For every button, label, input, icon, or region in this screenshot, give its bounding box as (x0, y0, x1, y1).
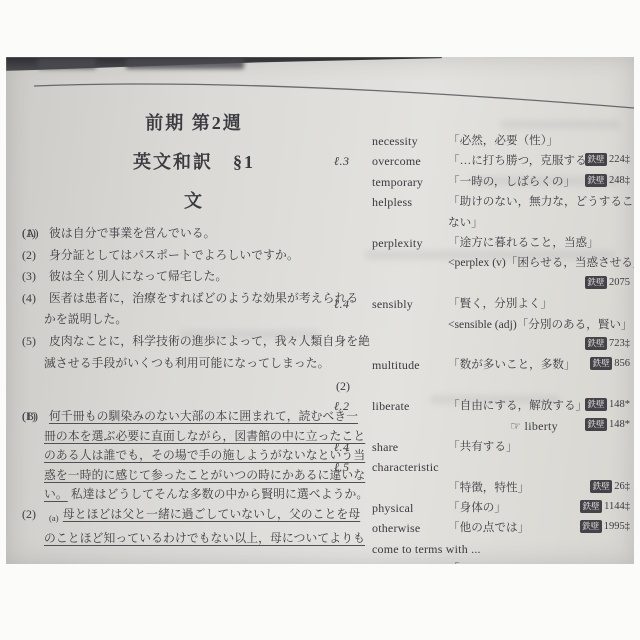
vocab-definition: 「数が多いこと，多数」 (448, 355, 576, 375)
badge-number: 224‡ (609, 154, 630, 165)
sentence-line: (2) 身分証としてはパスポートでよろしいですか。 (22, 245, 348, 267)
sentence-line: (1) 何千冊もの馴染みのない大部の本に囲まれて，読むべき一 (22, 407, 348, 427)
sentence-text: 医者は患者に，治療をすればどのような効果が考えられる (49, 291, 358, 305)
item-number: (4) (22, 288, 36, 310)
vocab-row: helpless 「助けのない，無力な，どうすることもでき (330, 192, 632, 212)
underlined-text: 惑を一時的に感じて参ったことがいつの時にかあるに違いな (44, 468, 365, 482)
vocab-row: (2) (330, 376, 632, 396)
badge-label: 鉄壁 (585, 276, 607, 289)
sentence-line: (2) (a) 母とほどは父と一緒に過ごしていないし，父のことを母 (22, 505, 348, 529)
sentence-text: 皮肉なことに，科学技術の進歩によって，我々人類自身を絶 (49, 334, 370, 348)
badge-label: 鉄壁 (580, 500, 602, 513)
sentence-text: 滅させる手段がいくつも利用可能になってしまった。 (44, 356, 330, 370)
vocab-definition: 「共有する」 (448, 437, 518, 457)
vocab-word: otherwise (372, 518, 420, 538)
sentence-text: 身分証としてはパスポートでよろしいですか。 (49, 248, 299, 262)
vocab-word: multitude (372, 355, 420, 375)
badge-label: 鉄壁 (590, 357, 612, 370)
vocab-word: share (372, 437, 398, 457)
badge-number: 148* (609, 399, 630, 410)
underlined-text: のことほど知っているわけでもない以上，母についてよりも (44, 531, 365, 545)
vocab-row: come to terms with ... (330, 539, 632, 559)
tetsupeki-badge: 鉄壁 248‡ (585, 174, 630, 187)
vocab-row: 鉄壁 2075 (330, 274, 632, 294)
vocab-row: ℓ.4 sensibly 「賢く，分別よく」 (330, 294, 632, 314)
badge-label: 鉄壁 (585, 337, 607, 350)
sentence-text: 彼は自分で事業を営んでいる。 (49, 226, 216, 240)
badge-number: 1144‡ (604, 501, 630, 512)
sentence-line: (1) 彼は自分で事業を営んでいる。 (22, 223, 348, 245)
vocab-row: ℓ.2 liberate 「自由にする，解放する」 鉄壁 148* (330, 396, 632, 416)
vocab-row: ℓ.3 overcome 「…に打ち勝つ，克服する」 鉄壁 224‡ (330, 151, 632, 171)
badge-number: 856 (614, 358, 630, 369)
vocab-definition: 「一時の，しばらくの」 (448, 172, 575, 192)
vocab-row: temporary 「一時の，しばらくの」 鉄壁 248‡ (330, 172, 632, 192)
badge-number: 723‡ (609, 338, 630, 349)
item-number: (1) (22, 407, 36, 427)
badge-number: 1995‡ (604, 521, 630, 532)
badge-label: 鉄壁 (585, 398, 607, 411)
vocab-word: physical (372, 498, 414, 518)
item-number: (3) (22, 266, 36, 288)
sentence-line: (5) 皮肉なことに，科学技術の進歩によって，我々人類自身を絶 (22, 331, 348, 353)
vocab-definition: 「途方に暮れること，当惑」 (448, 233, 599, 253)
line-number-marker: ℓ.5 (334, 457, 350, 477)
badge-label: 鉄壁 (585, 174, 607, 187)
sentence-text: 彼は全く別人になって帰宅した。 (49, 269, 227, 283)
line-number-marker: ℓ.4 (334, 294, 350, 314)
sentence-text: 私達はどうしてそんな多数の中から賢明に選べようか。 (71, 487, 368, 501)
vocab-word: characteristic (372, 457, 439, 477)
sentence-line: かを説明した。 (22, 309, 348, 331)
vocab-row: 「特徴，特性」 鉄壁 26‡ (330, 478, 632, 498)
vocab-definition: 「他の点では」 (448, 518, 529, 538)
vocab-definition: 「特徴，特性」 (448, 478, 529, 498)
page-header-rule (6, 57, 634, 117)
vocab-definition: ない」 (448, 213, 483, 233)
vocab-row: otherwise 「他の点では」 鉄壁 1995‡ (330, 518, 632, 538)
tetsupeki-badge: 鉄壁 723‡ (585, 337, 630, 350)
section-a: (A) (1) 彼は自分で事業を営んでいる。 (2) 身分証としてはパスポートで… (22, 223, 348, 374)
vocab-row: ℓ.5 characteristic (330, 457, 632, 477)
tetsupeki-badge: 鉄壁 148* (585, 398, 630, 411)
title-line-topic: 文 (102, 182, 286, 221)
vocab-word: necessity (372, 131, 418, 151)
tetsupeki-badge: 鉄壁 1144‡ (580, 500, 630, 513)
badge-label: 鉄壁 (590, 480, 612, 493)
badge-number: 248‡ (609, 175, 630, 186)
item-number: (1) (22, 223, 36, 245)
underlined-text: い。 (44, 487, 68, 501)
sentence-line: い。 私達はどうしてそんな多数の中から賢明に選べようか。 (22, 485, 348, 505)
sentence-line: 滅させる手段がいくつも利用可能になってしまった。 (22, 353, 348, 375)
underlined-text: 冊の本を選ぶ必要に直面しながら，図書館の中に立ったこと (44, 429, 365, 443)
tetsupeki-badge: 鉄壁 856 (590, 357, 630, 370)
sentence-line: (3) 彼は全く別人になって帰宅した。 (22, 266, 348, 288)
vocab-definition: 「… (448, 559, 471, 564)
badge-label: 鉄壁 (585, 153, 607, 166)
tetsupeki-badge: 鉄壁 1995‡ (580, 520, 630, 533)
vocab-definition: 「必然，必要（性）」 (448, 131, 558, 151)
vocab-row: necessity 「必然，必要（性）」 (330, 131, 632, 151)
sentence-line: のことほど知っているわけでもない以上，母についてよりも (22, 529, 348, 549)
sentence-line: 冊の本を選ぶ必要に直面しながら，図書館の中に立ったこと (22, 427, 348, 447)
vocab-row: multitude 「数が多いこと，多数」 鉄壁 856 (330, 355, 632, 375)
vocab-row: 「… (330, 559, 632, 564)
badge-label: 鉄壁 (585, 418, 607, 431)
vocab-definition: 「賢く，分別よく」 (448, 294, 552, 314)
tetsupeki-badge: 鉄壁 148* (585, 418, 630, 431)
badge-number: 2075 (609, 277, 630, 288)
section-b: (B) (1) 何千冊もの馴染みのない大部の本に囲まれて，読むべき一 冊の本を選… (22, 407, 348, 548)
vocab-word: helpless (372, 192, 412, 212)
line-number-marker: ℓ.4 (334, 437, 350, 457)
line-number-marker: ℓ.3 (334, 151, 350, 171)
sentence-text: かを説明した。 (44, 312, 127, 326)
tetsupeki-badge: 鉄壁 2075 (585, 276, 630, 289)
vocab-row: 鉄壁 723‡ (330, 335, 632, 355)
vocab-row: ない」 (330, 213, 632, 233)
vocab-list: necessity 「必然，必要（性）」 ℓ.3 overcome 「…に打ち勝… (330, 131, 632, 564)
vocab-word: perplexity (372, 233, 423, 253)
badge-label: 鉄壁 (580, 520, 602, 533)
vocab-row: <sensible (adj)「分別のある，賢い」 (330, 315, 632, 335)
title-line-week: 前期 第2週 (102, 104, 286, 143)
underlined-text: 母とほどは父と一緒に過ごしていないし，父のことを母 (63, 507, 360, 521)
vocab-word: sensibly (372, 294, 413, 314)
cross-reference: ☞ liberty (510, 416, 558, 436)
badge-number: 26‡ (614, 481, 630, 492)
underlined-text: のある人は誰でも，その場で手の施しようがないなという当 (44, 448, 365, 462)
vocab-definition: 「…に打ち勝つ，克服する」 (448, 151, 598, 171)
vocab-word: temporary (372, 172, 423, 192)
sentence-line: (4) 医者は患者に，治療をすればどのような効果が考えられる (22, 288, 348, 310)
showthrough-smudge (500, 120, 620, 129)
line-number-marker: ℓ.2 (334, 396, 350, 416)
vocab-row: ☞ liberty 鉄壁 148* (330, 416, 632, 436)
vocab-definition: <sensible (adj)「分別のある，賢い」 (448, 315, 633, 335)
vocab-word: overcome (372, 151, 421, 171)
vocab-definition: 「身体の」 (448, 498, 506, 518)
tetsupeki-badge: 鉄壁 26‡ (590, 480, 630, 493)
vocab-definition: 「助けのない，無力な，どうすることもでき (448, 192, 634, 212)
vocab-word: come to terms with ... (372, 539, 481, 559)
item-number: (5) (22, 331, 36, 353)
item-number: (2) (22, 245, 36, 267)
item-number: (2) (22, 505, 36, 525)
group-label: (2) (336, 376, 350, 396)
vocab-row: <perplex (v)「困らせる，当惑させる」 (330, 253, 632, 273)
underlined-text: 何千冊もの馴染みのない大部の本に囲まれて，読むべき一 (49, 409, 358, 423)
vocab-row: ℓ.4 share 「共有する」 (330, 437, 632, 457)
sentence-line: のある人は誰でも，その場で手の施しようがないなという当 (22, 446, 348, 466)
tetsupeki-badge: 鉄壁 224‡ (585, 153, 630, 166)
vocab-word: liberate (372, 396, 410, 416)
vocab-definition: 「自由にする，解放する」 (448, 396, 587, 416)
vocab-row: perplexity 「途方に暮れること，当惑」 (330, 233, 632, 253)
item-sub-label: (a) (49, 513, 59, 523)
page-title: 前期 第2週 英文和訳 §1 文 (102, 104, 286, 221)
textbook-page-photo: 前期 第2週 英文和訳 §1 文 (A) (1) 彼は自分で事業を営んでいる。 … (6, 57, 634, 564)
vocab-definition: <perplex (v)「困らせる，当惑させる」 (448, 253, 634, 273)
title-line-subject: 英文和訳 §1 (102, 143, 286, 182)
badge-number: 148* (609, 419, 630, 430)
vocab-row: physical 「身体の」 鉄壁 1144‡ (330, 498, 632, 518)
sentence-line: 惑を一時的に感じて参ったことがいつの時にかあるに違いな (22, 466, 348, 486)
